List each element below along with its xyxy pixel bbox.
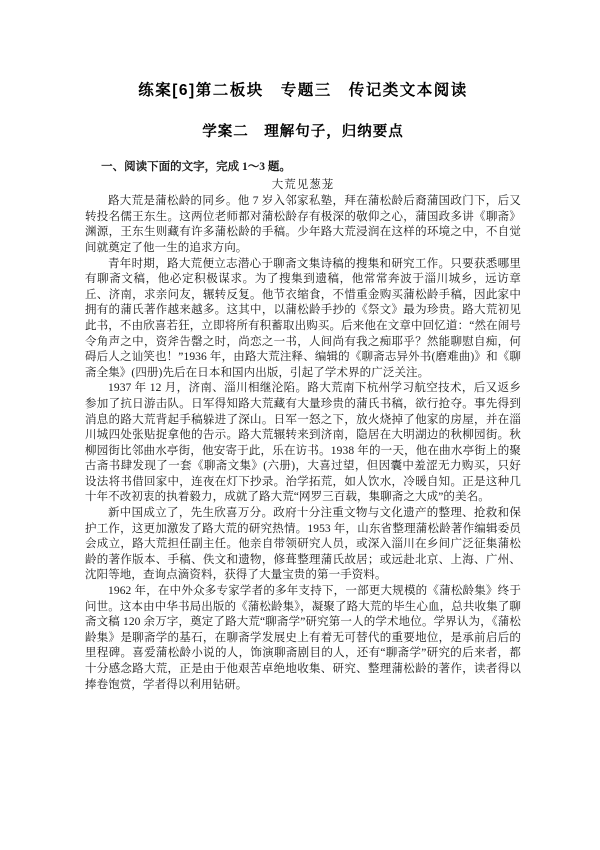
essay-body: 路大荒是蒲松龄的同乡。他 7 岁入邻家私塾，拜在蒲松龄后裔蒲国政门下，后又转投名…: [85, 194, 521, 693]
document-page: 练案[6]第二板块 专题三 传记类文本阅读 学案二 理解句子，归纳要点 一、阅读…: [0, 0, 600, 850]
essay-paragraph-1: 路大荒是蒲松龄的同乡。他 7 岁入邻家私塾，拜在蒲松龄后裔蒲国政门下，后又转投名…: [85, 194, 521, 256]
reading-instruction: 一、阅读下面的文字，完成 1～3 题。: [85, 160, 521, 176]
essay-paragraph-5: 1962 年，在中外众多专家学者的多年支持下，一部更大规模的《蒲松龄集》终于问世…: [85, 584, 521, 693]
essay-paragraph-2: 青年时期，路大荒便立志潜心于聊斋文集诗稿的搜集和研究工作。只要获悉哪里有聊斋文稿…: [85, 257, 521, 382]
page-title: 练案[6]第二板块 专题三 传记类文本阅读: [85, 78, 521, 100]
essay-paragraph-3: 1937 年 12 月，济南、淄川相继沦陷。路大荒南下杭州学习航空技术，后又返乡…: [85, 381, 521, 506]
essay-paragraph-4: 新中国成立了，先生欣喜万分。政府十分注重文物与文化遗产的整理、抢救和保护工作，这…: [85, 506, 521, 584]
lesson-subtitle: 学案二 理解句子，归纳要点: [85, 120, 521, 141]
essay-title: 大荒见葱茏: [85, 178, 521, 194]
